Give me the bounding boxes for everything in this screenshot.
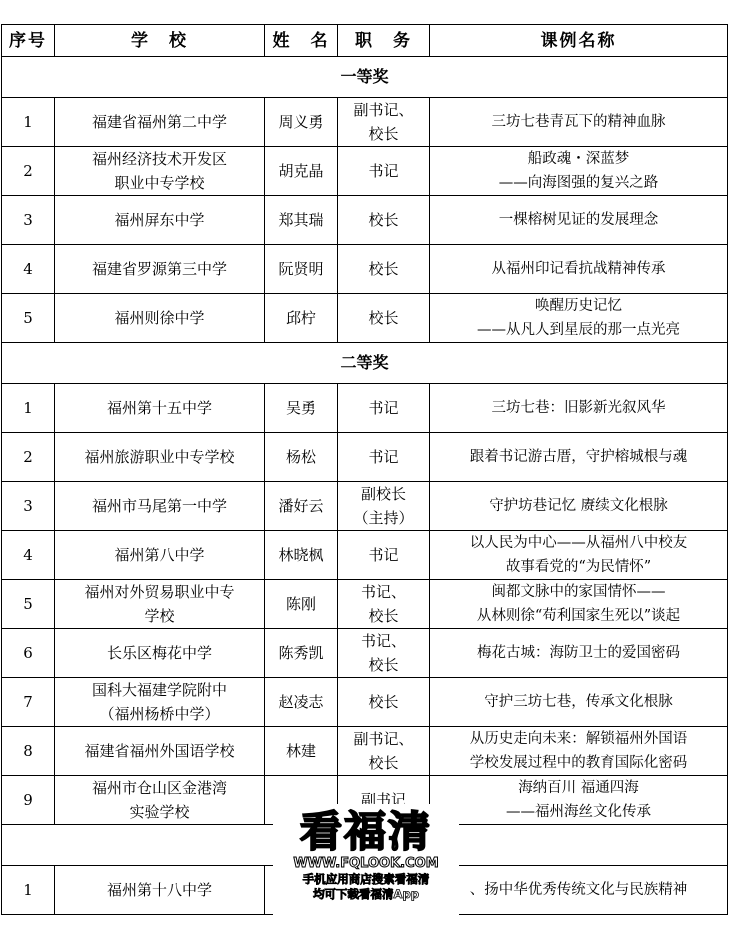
cell-role: 校长 [338, 678, 430, 727]
watermark-logo: 看福清 [273, 808, 459, 856]
cell-name-text: 陈秀凯 [265, 641, 337, 665]
cell-school-text: 福州对外贸易职业中专 学校 [55, 580, 264, 628]
cell-role: 书记 [338, 147, 430, 196]
cell-role-text: 书记、 校长 [338, 629, 429, 677]
cell-name-text: 林建 [265, 739, 337, 763]
table-row: 4福州第八中学林晓枫书记以人民为中心——从福州八中校友 故事看党的“为民情怀” [2, 531, 728, 580]
cell-no-text: 7 [2, 690, 54, 714]
table-row: 1福建省福州第二中学周义勇副书记、 校长三坊七巷青瓦下的精神血脉 [2, 98, 728, 147]
table-row: 2福州旅游职业中专学校杨松书记跟着书记游古厝，守护榕城根与魂 [2, 433, 728, 482]
cell-role: 副校长 （主持） [338, 482, 430, 531]
cell-title-text: 闽都文脉中的家国情怀—— 从林则徐“苟利国家生死以”谈起 [430, 580, 727, 628]
cell-title: 一棵榕树见证的发展理念 [430, 196, 728, 245]
cell-school-text: 福州旅游职业中专学校 [55, 445, 264, 469]
cell-role-text: 书记 [338, 396, 429, 420]
cell-school-text: 福建省福州第二中学 [55, 110, 264, 134]
cell-no: 8 [2, 727, 55, 776]
cell-no-text: 9 [2, 788, 54, 812]
cell-role-text: 副书记、 校长 [338, 98, 429, 146]
table-row: 5福州则徐中学邱柠校长唤醒历史记忆 ——从凡人到星辰的那一点光亮 [2, 294, 728, 343]
cell-title-text: 唤醒历史记忆 ——从凡人到星辰的那一点光亮 [430, 294, 727, 342]
cell-school-text: 福州市马尾第一中学 [55, 494, 264, 518]
cell-school-text: 福州第十八中学 [55, 878, 264, 902]
cell-no: 5 [2, 580, 55, 629]
cell-name-text: 林晓枫 [265, 543, 337, 567]
cell-school-text: 福州第十五中学 [55, 396, 264, 420]
cell-no: 5 [2, 294, 55, 343]
table-row: 7国科大福建学院附中 （福州杨桥中学）赵凌志校长守护三坊七巷，传承文化根脉 [2, 678, 728, 727]
cell-no: 6 [2, 629, 55, 678]
cell-title: 守护坊巷记忆 赓续文化根脉 [430, 482, 728, 531]
cell-no-text: 8 [2, 739, 54, 763]
cell-name-text: 周义勇 [265, 110, 337, 134]
cell-school-text: 福州市仓山区金港湾 实验学校 [55, 776, 264, 824]
cell-role-text: 校长 [338, 306, 429, 330]
cell-title: 梅花古城：海防卫士的爱国密码 [430, 629, 728, 678]
section-label: 一等奖 [2, 57, 728, 98]
cell-no: 4 [2, 531, 55, 580]
cell-title: 三坊七巷：旧影新光叙风华 [430, 384, 728, 433]
cell-title: 跟着书记游古厝，守护榕城根与魂 [430, 433, 728, 482]
cell-title-text: 从历史走向未来：解锁福州外国语 学校发展过程中的教育国际化密码 [430, 727, 727, 775]
cell-title: 以人民为中心——从福州八中校友 故事看党的“为民情怀” [430, 531, 728, 580]
watermark: 看福清 WWW.FQLOOK.COM 手机应用商店搜索看福清 均可下载看福清Ap… [273, 804, 459, 922]
section-row: 二等奖 [2, 343, 728, 384]
cell-title-text: 三坊七巷：旧影新光叙风华 [430, 396, 727, 420]
cell-no: 9 [2, 776, 55, 825]
cell-title-text: 梅花古城：海防卫士的爱国密码 [430, 641, 727, 665]
table-row: 2福州经济技术开发区 职业中专学校胡克晶书记船政魂・深蓝梦 ——向海图强的复兴之… [2, 147, 728, 196]
cell-name-text: 胡克晶 [265, 159, 337, 183]
cell-no-text: 6 [2, 641, 54, 665]
cell-name: 林晓枫 [265, 531, 338, 580]
cell-name: 胡克晶 [265, 147, 338, 196]
cell-school-text: 福州经济技术开发区 职业中专学校 [55, 147, 264, 195]
cell-title-text: 、扬中华优秀传统文化与民族精神 [430, 878, 727, 902]
table-body: 一等奖1福建省福州第二中学周义勇副书记、 校长三坊七巷青瓦下的精神血脉2福州经济… [2, 57, 728, 915]
cell-no-text: 2 [2, 445, 54, 469]
cell-title-text: 守护三坊七巷，传承文化根脉 [430, 690, 727, 714]
cell-role-text: 校长 [338, 257, 429, 281]
cell-school: 福州旅游职业中专学校 [55, 433, 265, 482]
cell-school: 福州市仓山区金港湾 实验学校 [55, 776, 265, 825]
cell-name: 吴勇 [265, 384, 338, 433]
cell-school: 福州屏东中学 [55, 196, 265, 245]
cell-title: 唤醒历史记忆 ——从凡人到星辰的那一点光亮 [430, 294, 728, 343]
table-row: 1福州第十五中学吴勇书记三坊七巷：旧影新光叙风华 [2, 384, 728, 433]
cell-school: 长乐区梅花中学 [55, 629, 265, 678]
cell-school: 福州第八中学 [55, 531, 265, 580]
cell-no: 3 [2, 482, 55, 531]
cell-role-text: 书记 [338, 159, 429, 183]
header-role: 职 务 [338, 25, 430, 57]
cell-role-text: 副书记、 校长 [338, 727, 429, 775]
table-row: 4福建省罗源第三中学阮贤明校长从福州印记看抗战精神传承 [2, 245, 728, 294]
cell-no-text: 3 [2, 208, 54, 232]
cell-title-text: 跟着书记游古厝，守护榕城根与魂 [430, 445, 727, 469]
cell-name-text: 邱柠 [265, 306, 337, 330]
cell-school: 福州经济技术开发区 职业中专学校 [55, 147, 265, 196]
cell-school: 福州第十八中学 [55, 866, 265, 915]
cell-name: 陈刚 [265, 580, 338, 629]
header-no: 序号 [2, 25, 55, 57]
watermark-line-2: 均可下载看福清App [273, 887, 459, 902]
cell-name-text: 潘好云 [265, 494, 337, 518]
cell-no: 2 [2, 147, 55, 196]
cell-no: 3 [2, 196, 55, 245]
cell-title-text: 以人民为中心——从福州八中校友 故事看党的“为民情怀” [430, 531, 727, 579]
cell-school-text: 福州第八中学 [55, 543, 264, 567]
cell-role: 校长 [338, 196, 430, 245]
cell-title: 从历史走向未来：解锁福州外国语 学校发展过程中的教育国际化密码 [430, 727, 728, 776]
cell-school: 福建省福州第二中学 [55, 98, 265, 147]
cell-school-text: 福建省罗源第三中学 [55, 257, 264, 281]
cell-name-text: 赵凌志 [265, 690, 337, 714]
cell-name-text: 杨松 [265, 445, 337, 469]
cell-name: 杨松 [265, 433, 338, 482]
cell-school-text: 国科大福建学院附中 （福州杨桥中学） [55, 678, 264, 726]
cell-no-text: 1 [2, 878, 54, 902]
section-row: 一等奖 [2, 57, 728, 98]
watermark-url: WWW.FQLOOK.COM [273, 856, 459, 872]
cell-school: 福建省福州外国语学校 [55, 727, 265, 776]
cell-no-text: 5 [2, 592, 54, 616]
cell-title-text: 一棵榕树见证的发展理念 [430, 208, 727, 232]
cell-role: 副书记、 校长 [338, 98, 430, 147]
header-title: 课例名称 [430, 25, 728, 57]
cell-school: 福州市马尾第一中学 [55, 482, 265, 531]
cell-role-text: 副校长 （主持） [338, 482, 429, 530]
section-label: 二等奖 [2, 343, 728, 384]
header-row: 序号 学 校 姓 名 职 务 课例名称 [2, 25, 728, 57]
cell-no-text: 4 [2, 257, 54, 281]
cell-role: 校长 [338, 294, 430, 343]
cell-role-text: 校长 [338, 690, 429, 714]
cell-school-text: 长乐区梅花中学 [55, 641, 264, 665]
header-name: 姓 名 [265, 25, 338, 57]
cell-school-text: 福州则徐中学 [55, 306, 264, 330]
cell-name: 郑其瑞 [265, 196, 338, 245]
cell-no: 1 [2, 384, 55, 433]
cell-name: 赵凌志 [265, 678, 338, 727]
cell-role-text: 书记 [338, 445, 429, 469]
cell-title-text: 守护坊巷记忆 赓续文化根脉 [430, 494, 727, 518]
cell-no: 2 [2, 433, 55, 482]
cell-title: 闽都文脉中的家国情怀—— 从林则徐“苟利国家生死以”谈起 [430, 580, 728, 629]
cell-role: 书记 [338, 384, 430, 433]
cell-title: 从福州印记看抗战精神传承 [430, 245, 728, 294]
cell-title: 、扬中华优秀传统文化与民族精神 [430, 866, 728, 915]
cell-role: 校长 [338, 245, 430, 294]
table-row: 8福建省福州外国语学校林建副书记、 校长从历史走向未来：解锁福州外国语 学校发展… [2, 727, 728, 776]
cell-no-text: 1 [2, 110, 54, 134]
cell-role: 书记 [338, 531, 430, 580]
cell-name-text: 阮贤明 [265, 257, 337, 281]
cell-school-text: 福州屏东中学 [55, 208, 264, 232]
cell-school: 福州则徐中学 [55, 294, 265, 343]
cell-no-text: 3 [2, 494, 54, 518]
cell-school: 福州第十五中学 [55, 384, 265, 433]
cell-title-text: 三坊七巷青瓦下的精神血脉 [430, 110, 727, 134]
cell-no: 1 [2, 866, 55, 915]
header-school: 学 校 [55, 25, 265, 57]
cell-no: 1 [2, 98, 55, 147]
cell-name: 周义勇 [265, 98, 338, 147]
cell-name: 林建 [265, 727, 338, 776]
cell-role-text: 书记 [338, 543, 429, 567]
cell-no-text: 5 [2, 306, 54, 330]
cell-school: 福建省罗源第三中学 [55, 245, 265, 294]
table-row: 3福州市马尾第一中学潘好云副校长 （主持）守护坊巷记忆 赓续文化根脉 [2, 482, 728, 531]
cell-no-text: 1 [2, 396, 54, 420]
table-row: 3福州屏东中学郑其瑞校长一棵榕树见证的发展理念 [2, 196, 728, 245]
cell-name: 陈秀凯 [265, 629, 338, 678]
cell-no-text: 4 [2, 543, 54, 567]
cell-name-text: 陈刚 [265, 592, 337, 616]
cell-no: 7 [2, 678, 55, 727]
cell-role-text: 书记、 校长 [338, 580, 429, 628]
cell-title-text: 船政魂・深蓝梦 ——向海图强的复兴之路 [430, 147, 727, 195]
table-row: 5福州对外贸易职业中专 学校陈刚书记、 校长闽都文脉中的家国情怀—— 从林则徐“… [2, 580, 728, 629]
cell-role: 书记、 校长 [338, 580, 430, 629]
cell-title-text: 从福州印记看抗战精神传承 [430, 257, 727, 281]
cell-title: 海纳百川 福通四海 ——福州海丝文化传承 [430, 776, 728, 825]
cell-title-text: 海纳百川 福通四海 ——福州海丝文化传承 [430, 776, 727, 824]
cell-no: 4 [2, 245, 55, 294]
cell-name-text: 郑其瑞 [265, 208, 337, 232]
cell-title: 守护三坊七巷，传承文化根脉 [430, 678, 728, 727]
cell-role: 书记、 校长 [338, 629, 430, 678]
cell-title: 三坊七巷青瓦下的精神血脉 [430, 98, 728, 147]
table-row: 6长乐区梅花中学陈秀凯书记、 校长梅花古城：海防卫士的爱国密码 [2, 629, 728, 678]
cell-role-text: 校长 [338, 208, 429, 232]
cell-role: 书记 [338, 433, 430, 482]
cell-name: 潘好云 [265, 482, 338, 531]
cell-name: 邱柠 [265, 294, 338, 343]
cell-no-text: 2 [2, 159, 54, 183]
award-table: 序号 学 校 姓 名 职 务 课例名称 一等奖1福建省福州第二中学周义勇副书记、… [1, 24, 728, 915]
cell-name: 阮贤明 [265, 245, 338, 294]
cell-name-text: 吴勇 [265, 396, 337, 420]
cell-role: 副书记、 校长 [338, 727, 430, 776]
cell-school: 国科大福建学院附中 （福州杨桥中学） [55, 678, 265, 727]
cell-title: 船政魂・深蓝梦 ——向海图强的复兴之路 [430, 147, 728, 196]
cell-school-text: 福建省福州外国语学校 [55, 739, 264, 763]
cell-school: 福州对外贸易职业中专 学校 [55, 580, 265, 629]
watermark-line-1: 手机应用商店搜索看福清 [273, 872, 459, 887]
